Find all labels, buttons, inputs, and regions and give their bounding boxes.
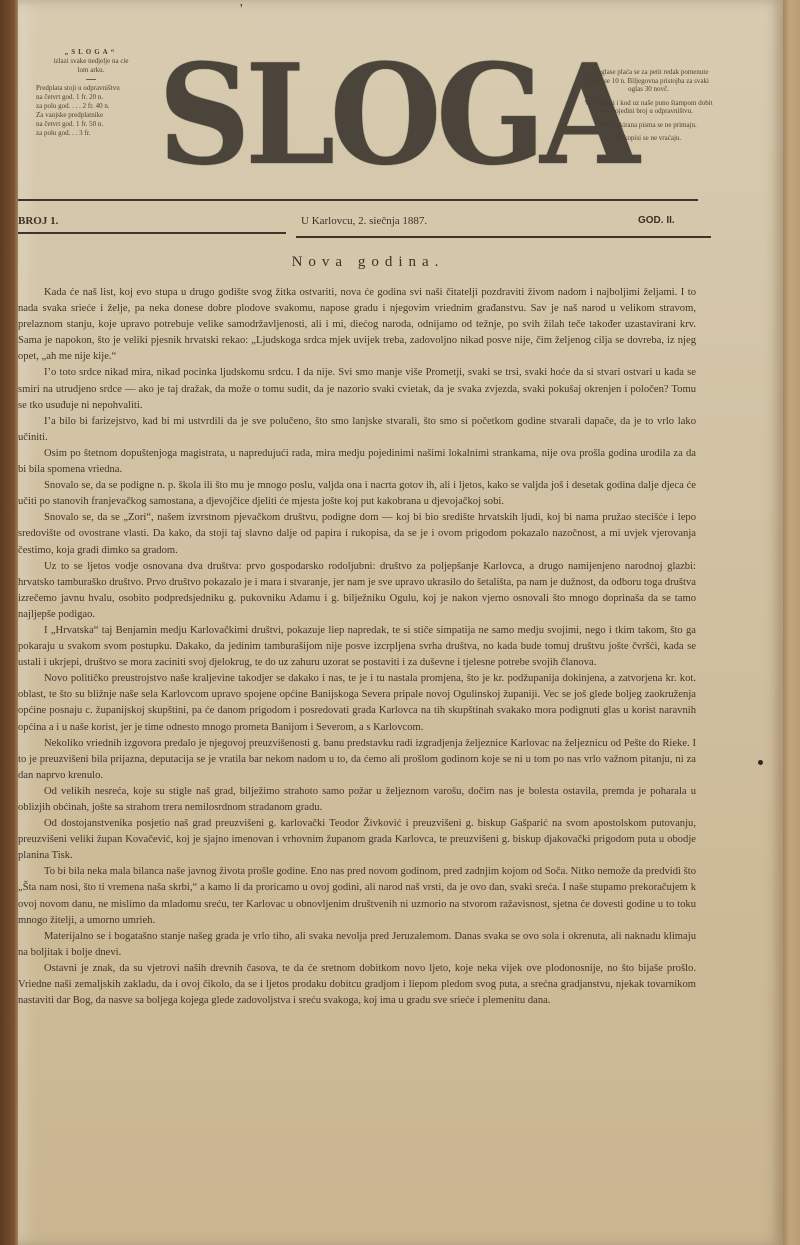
article-paragraph: Osim po štetnom dopuštenjoga magistrata,… [18, 446, 696, 478]
masthead-rule [18, 199, 698, 201]
article-body: Kada će naš list, koj evo stupa u drugo … [18, 285, 696, 1009]
advertising-info-paragraph: Vidi oglasi i kod uz naše puno štampom d… [581, 99, 716, 116]
article-paragraph: Kada će naš list, koj evo stupa u drugo … [18, 285, 696, 365]
advertising-info-box: Za oglase plaća se za petit redak pomenu… [581, 68, 716, 148]
subscription-line: Za vanjske predplatnike [36, 111, 146, 120]
article-paragraph: I’o toto srdce nikad mira, nikad pocinka… [18, 365, 696, 413]
subscription-info-box: „SLOGA“ izlazi svake nedjelje na cie lom… [36, 48, 146, 138]
dateline-rule-right [296, 236, 711, 238]
article-paragraph: I’a bilo bi farizejstvo, kad bi mi ustvr… [18, 414, 696, 446]
advertising-info-paragraph: Nefrankirana pisma se ne primaju. [581, 121, 716, 130]
article-paragraph: Novo političko preustrojstvo naše kralje… [18, 671, 696, 735]
masthead: ' „SLOGA“ izlazi svake nedjelje na cie l… [18, 0, 783, 205]
subscription-line: izlazi svake nedjelje na cie [36, 57, 146, 66]
ink-spot [758, 760, 763, 765]
article-paragraph: I „Hrvatska“ taj Benjamin medju Karlovač… [18, 623, 696, 671]
subscription-info-title: „SLOGA“ [36, 48, 146, 57]
page-edge [783, 0, 800, 1245]
dateline-rule-left [18, 232, 286, 234]
ink-mark: ' [240, 2, 243, 18]
article-paragraph: Nekoliko vriednih izgovora predalo je nj… [18, 736, 696, 784]
subscription-line: lom arku. [36, 66, 146, 75]
subscription-line: za polu god. . . . 2 fr. 40 n. [36, 102, 146, 111]
book-spine [0, 0, 20, 1245]
newspaper-page: ' „SLOGA“ izlazi svake nedjelje na cie l… [18, 0, 783, 1245]
subscription-line: na četvrt god. 1 fr. 20 n. [36, 93, 146, 102]
article-paragraph: Snovalo se, da se „Zori“, našem izvrstno… [18, 510, 696, 558]
article-paragraph: Ostavni je znak, da su vjetrovi naših dr… [18, 961, 696, 1009]
subscription-line: za polu god. . . 3 fr. [36, 129, 146, 138]
subscription-line: na četvrt god. 1 fr. 50 n. [36, 120, 146, 129]
article-paragraph: Snovalo se, da se podigne n. p. škola il… [18, 478, 696, 510]
article-paragraph: Materijalno se i bogatašno stanje našeg … [18, 929, 696, 961]
article-paragraph: To bi bila neka mala bilanca naše javnog… [18, 864, 696, 928]
volume-year: GOD. II. [638, 215, 675, 226]
subscription-line: Predplata stoji u odpravništvu [36, 84, 146, 93]
article-paragraph: Od velikih nesreća, koje su stigle naš g… [18, 784, 696, 816]
issue-date: U Karlovcu, 2. siečnja 1887. [301, 215, 427, 227]
article-paragraph: Uz to se ljetos vodje osnovana dva društ… [18, 559, 696, 623]
divider [86, 79, 96, 80]
issue-number: BROJ 1. [18, 215, 58, 227]
advertising-info-paragraph: Rukopisi se ne vraćaju. [581, 134, 716, 143]
advertising-info-paragraph: Za oglase plaća se za petit redak pomenu… [581, 68, 716, 94]
article-headline: Nova godina. [18, 254, 718, 271]
article-paragraph: Od dostojanstvenika posjetio naš grad pr… [18, 816, 696, 864]
newspaper-title: SLOGA [158, 40, 549, 190]
